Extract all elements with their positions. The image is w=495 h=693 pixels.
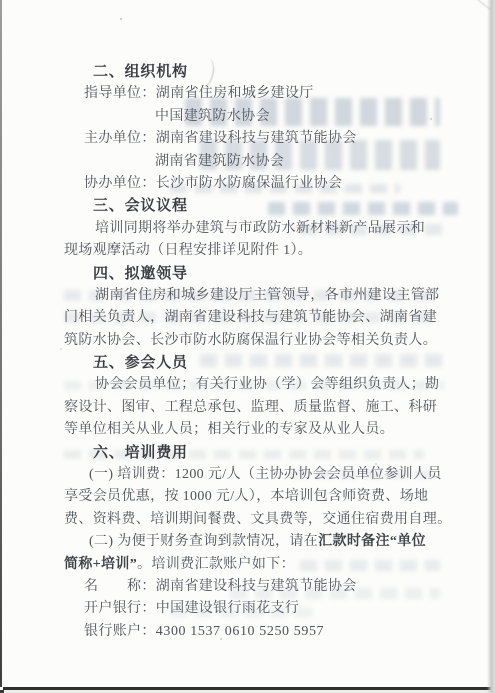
account-row-label: 名 称： [84,579,156,594]
account-row-number: 银行账户：4300 1537 0610 5250 5957 [84,621,436,643]
remit-text-bold: 汇款时备注“单位 [318,534,426,549]
account-row-name: 名 称：湖南省建设科技与建筑节能协会 [84,576,436,598]
scan-right-edge [487,0,495,693]
paragraph-line: 培训同期将举办建筑与市政防水新材料新产品展示和 [95,218,436,240]
scan-bottom-edge [3,687,495,690]
section-heading-leaders: 四、拟邀领导 [93,263,436,285]
org-row: 指导单位：湖南省住房和城乡建设厅 [84,83,436,105]
account-row-label: 开户银行： [84,601,156,616]
document-body: 二、组织机构 指导单位：湖南省住房和城乡建设厅 中国建筑防水协会 主办单位：湖南… [64,61,436,643]
paragraph-line: 湖南省住房和城乡建设厅主管领导，各市州建设主管部 [95,285,436,307]
account-row-bank: 开户银行：中国建设银行雨花支行 [84,598,436,620]
org-row-value: 湖南省住房和城乡建设厅 [156,86,314,101]
paragraph-line: 享受会员优惠，按 1000 元/人），本培训包含师资费、场地 [64,486,436,508]
paragraph-line: 简称+培训”。培训费汇款账户如下： [64,554,436,576]
scan-left-edge [0,0,2,687]
remit-text: (二) 为便于财务查询到款情况，请在 [89,534,318,549]
paragraph-line: 现场观摩活动（日程安排详见附件 1）。 [64,240,436,262]
paragraph-line: 等单位相关从业人员；相关行业的专家及从业人员。 [64,419,436,441]
account-row-label: 银行账户： [84,624,156,639]
org-row-value: 湖南省建筑防水协会 [155,154,284,169]
scanned-document-page: 二、组织机构 指导单位：湖南省住房和城乡建设厅 中国建筑防水协会 主办单位：湖南… [0,0,495,693]
org-row: 湖南省建筑防水协会 [155,151,436,173]
remit-text-bold: 简称+培训” [64,557,137,572]
org-row-value: 中国建筑防水协会 [155,109,270,124]
section-heading-org: 二、组织机构 [93,61,436,83]
paragraph-line: 费、资料费、培训期间餐费、文具费等，交通住宿费用自理。 [64,509,436,531]
org-row: 主办单位：湖南省建设科技与建筑节能协会 [84,128,436,150]
org-row-value: 长沙市防水防腐保温行业协会 [156,176,343,191]
section-heading-participants: 五、参会人员 [93,352,436,374]
org-row-label: 主办单位： [84,131,156,146]
org-row-label: 协办单位： [84,176,156,191]
org-row-label: 指导单位： [84,86,156,101]
org-row-value: 湖南省建设科技与建筑节能协会 [156,131,357,146]
bank-account-number: 4300 1537 0610 5250 5957 [156,624,324,639]
scan-speckles [120,18,122,20]
remit-text: 。培训费汇款账户如下： [137,557,295,572]
section-heading-agenda: 三、会议议程 [93,195,436,217]
account-row-value: 湖南省建设科技与建筑节能协会 [156,579,357,594]
paragraph-line: 筑防水协会、长沙市防水防腐保温行业协会等相关负责人。 [64,330,436,352]
scan-bottom-margin [0,690,495,693]
paragraph-line: (二) 为便于财务查询到款情况，请在汇款时备注“单位 [89,531,436,553]
org-row: 中国建筑防水协会 [155,106,436,128]
section-heading-fees: 六、培训费用 [93,442,436,464]
paragraph-line: 协会会员单位；有关行业协（学）会等组织负责人；勘 [95,374,436,396]
org-row: 协办单位：长沙市防水防腐保温行业协会 [84,173,436,195]
paragraph-line: 门相关负责人，湖南省建设科技与建筑节能协会、湖南省建 [64,307,436,329]
paragraph-line: (一) 培训费：1200 元/人（主协办协会会员单位参训人员 [89,464,436,486]
paragraph-line: 察设计、图审、工程总承包、监理、质量监督、施工、科研 [64,397,436,419]
account-row-value: 中国建设银行雨花支行 [156,601,300,616]
